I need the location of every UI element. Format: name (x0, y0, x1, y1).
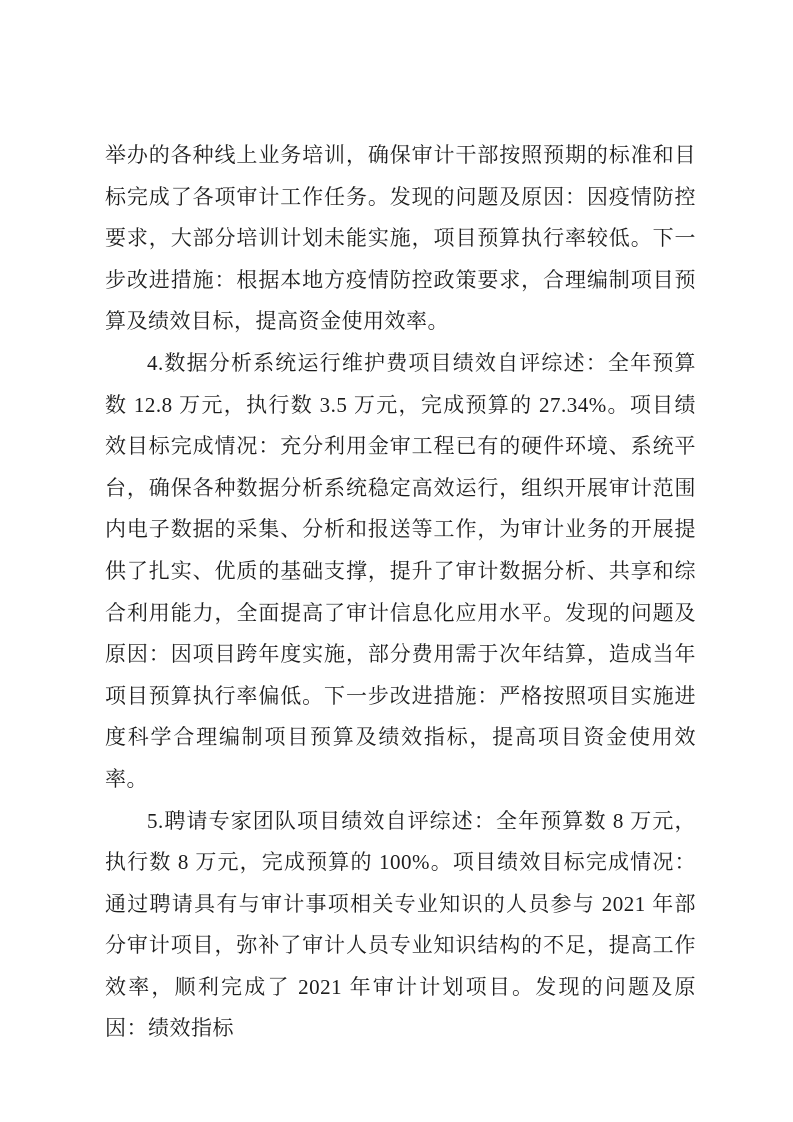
document-text-block: 举办的各种线上业务培训，确保审计干部按照预期的标准和目标完成了各项审计工作任务。… (105, 135, 696, 1050)
paragraph-item-4-data-analysis-system: 4.数据分析系统运行维护费项目绩效自评综述：全年预算数 12.8 万元，执行数 … (105, 343, 696, 801)
document-page: 举办的各种线上业务培训，确保审计干部按照预期的标准和目标完成了各项审计工作任务。… (0, 0, 793, 1122)
paragraph-item-5-expert-team: 5.聘请专家团队项目绩效自评综述：全年预算数 8 万元，执行数 8 万元，完成预… (105, 801, 696, 1051)
paragraph-training-project-continued: 举办的各种线上业务培训，确保审计干部按照预期的标准和目标完成了各项审计工作任务。… (105, 135, 696, 343)
